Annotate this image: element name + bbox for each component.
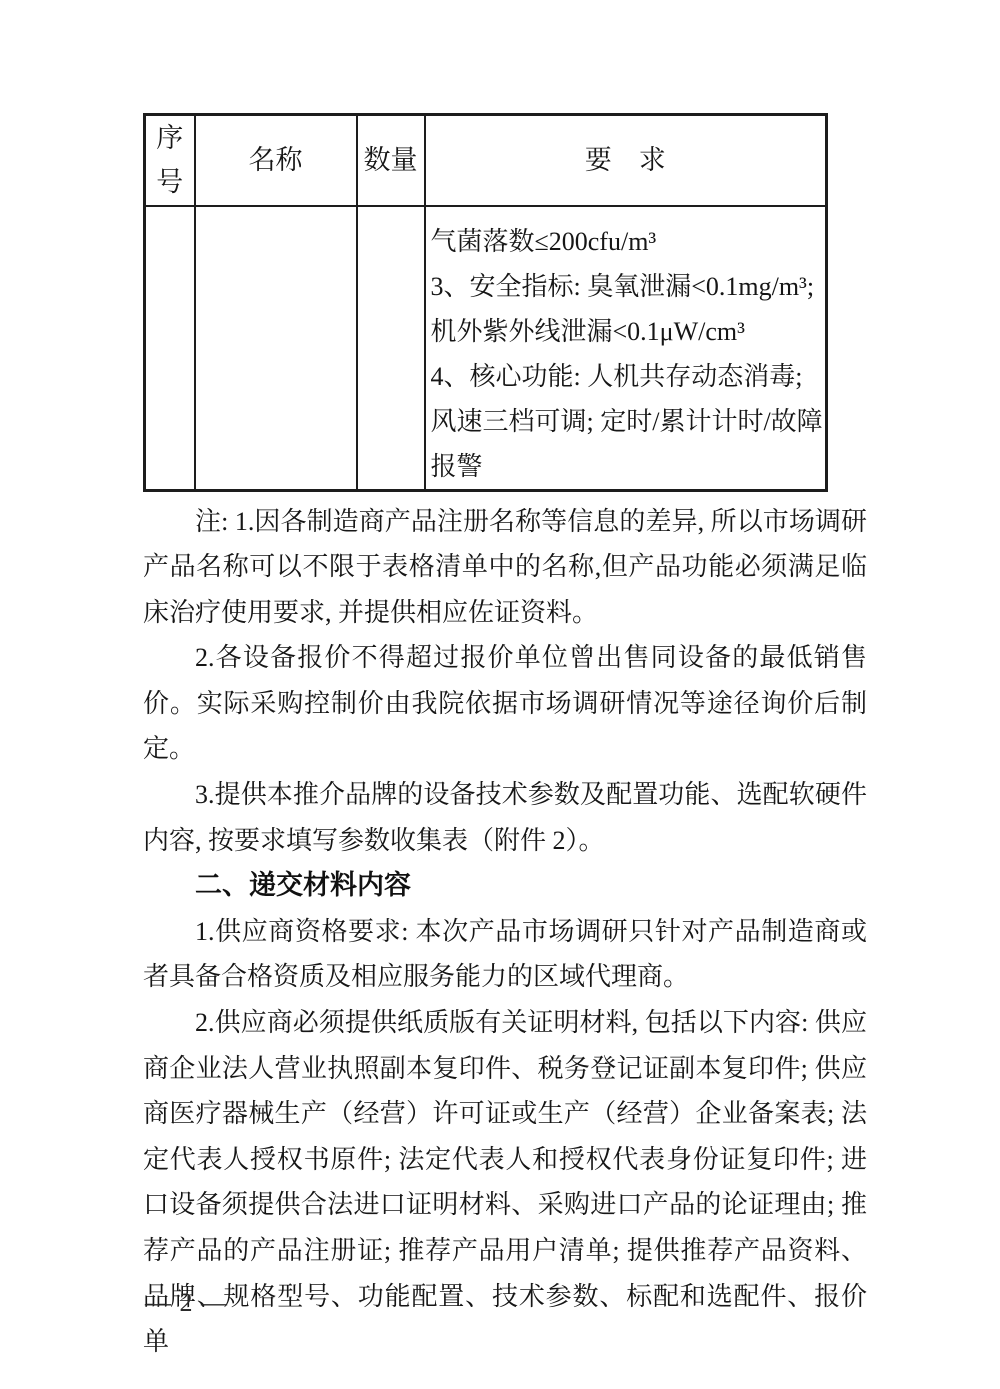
note-paragraph-3: 3.提供本推介品牌的设备技术参数及配置功能、选配软硬件内容, 按要求填写参数收集… (143, 772, 867, 863)
cell-qty (357, 206, 425, 491)
section-paragraph-1: 1.供应商资格要求: 本次产品市场调研只针对产品制造商或者具备合格资质及相应服务… (143, 909, 867, 1000)
cell-name (195, 206, 357, 491)
section-heading: 二、递交材料内容 (143, 863, 867, 909)
page-number: — 2 — (145, 1288, 228, 1318)
note-paragraph-2: 2.各设备报价不得超过报价单位曾出售同设备的最低销售价。实际采购控制价由我院依据… (143, 635, 867, 772)
column-header-qty: 数量 (357, 115, 425, 206)
column-header-seq: 序号 (145, 115, 195, 206)
note-paragraph-1: 注: 1.因各制造商产品注册名称等信息的差异, 所以市场调研产品名称可以不限于表… (143, 499, 867, 636)
table-row: 气菌落数≤200cfu/m³ 3、安全指标: 臭氧泄漏<0.1mg/m³; 机外… (145, 206, 827, 491)
body-text: 注: 1.因各制造商产品注册名称等信息的差异, 所以市场调研产品名称可以不限于表… (143, 499, 867, 1365)
section-paragraph-2: 2.供应商必须提供纸质版有关证明材料, 包括以下内容: 供应商企业法人营业执照副… (143, 1000, 867, 1365)
requirement-item: 4、核心功能: 人机共存动态消毒; 风速三档可调; 定时/累计计时/故障报警 (431, 354, 824, 489)
requirement-item: 气菌落数≤200cfu/m³ (431, 219, 824, 264)
requirement-item: 3、安全指标: 臭氧泄漏<0.1mg/m³; 机外紫外线泄漏<0.1μW/cm³ (431, 264, 824, 354)
document-page: 序号 名称 数量 要 求 气菌落数≤200cfu/m³ 3、安全指标: 臭氧泄漏… (0, 0, 1000, 1389)
cell-requirements: 气菌落数≤200cfu/m³ 3、安全指标: 臭氧泄漏<0.1mg/m³; 机外… (425, 206, 827, 491)
requirements-table: 序号 名称 数量 要 求 气菌落数≤200cfu/m³ 3、安全指标: 臭氧泄漏… (143, 113, 828, 492)
document-content: 序号 名称 数量 要 求 气菌落数≤200cfu/m³ 3、安全指标: 臭氧泄漏… (143, 113, 867, 1365)
column-header-name: 名称 (195, 115, 357, 206)
cell-seq (145, 206, 195, 491)
table-header-row: 序号 名称 数量 要 求 (145, 115, 827, 206)
column-header-requirements: 要 求 (425, 115, 827, 206)
